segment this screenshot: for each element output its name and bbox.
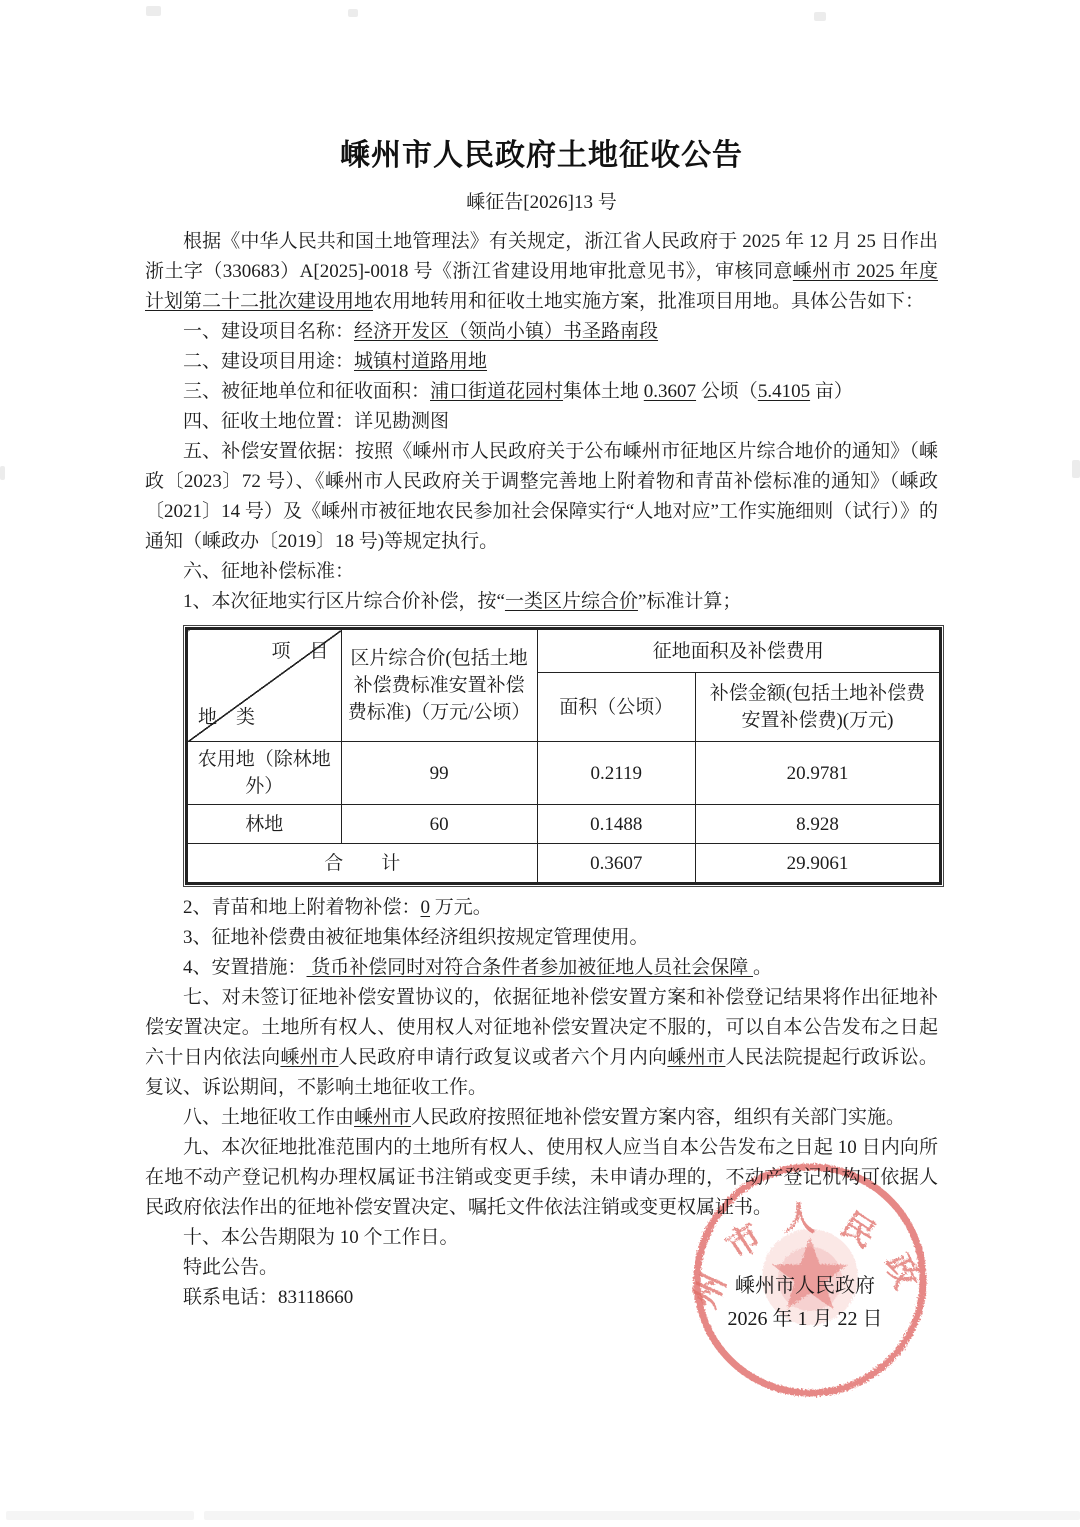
text-run: 五、补偿安置依据：按照《嵊州市人民政府关于公布嵊州市征地区片综合地价的通知》（嵊… — [145, 441, 938, 552]
text-run: 人民政府申请行政复议或者六个月内向 — [338, 1047, 667, 1068]
col-header-amount: 补偿金额(包括土地补偿费安置补偿费)(万元) — [695, 673, 940, 742]
cell-price: 99 — [341, 742, 537, 805]
total-area: 0.3607 — [537, 844, 695, 884]
text-run: 集体土地 — [563, 381, 644, 402]
paragraph: 2、青苗和地上附着物补偿：0 万元。 — [145, 893, 938, 923]
cell-area: 0.2119 — [537, 742, 695, 805]
scan-artifact — [348, 9, 358, 17]
underlined-text: 货币补偿同时对符合条件者参加被征地人员社会保障 — [307, 957, 754, 978]
text-run: 万元。 — [430, 897, 492, 918]
scan-artifact — [0, 466, 5, 480]
cell-area: 0.1488 — [537, 805, 695, 844]
table-row-farmland: 农用地（除林地外） 99 0.2119 20.9781 — [187, 742, 941, 805]
underlined-text: 0 — [421, 897, 431, 918]
underlined-text: 嵊州市 — [280, 1047, 338, 1068]
signature-date: 2026 年 1 月 22 日 — [655, 1303, 955, 1336]
text-run: 二、建设项目用途： — [183, 351, 354, 372]
underlined-text: 5.4105 — [758, 381, 810, 402]
underlined-text: 城镇村道路用地 — [354, 351, 487, 372]
col-header-price: 区片综合价(包括土地补偿费标准安置补偿费标准)（万元/公顷） — [341, 629, 537, 742]
text-run: 。 — [753, 957, 772, 978]
text-run: ”标准计算； — [638, 591, 741, 612]
text-run: 八、土地征收工作由 — [183, 1107, 354, 1128]
text-run: 农用地转用和征收土地实施方案，批准项目用地。具体公告如下： — [373, 291, 924, 312]
text-run: 六、征地补偿标准： — [183, 561, 354, 582]
underlined-text: 嵊州市 — [354, 1107, 411, 1128]
body-text-upper: 根据《中华人民共和国土地管理法》有关规定，浙江省人民政府于 2025 年 12 … — [145, 227, 938, 617]
cell-price: 60 — [341, 805, 537, 844]
text-run: 2、青苗和地上附着物补偿： — [183, 897, 421, 918]
cell-landtype: 农用地（除林地外） — [187, 742, 342, 805]
scan-artifact — [1072, 460, 1080, 478]
table-header-row-1: 项 目 地 类 区片综合价(包括土地补偿费标准安置补偿费标准)（万元/公顷） 征… — [187, 629, 941, 673]
paragraph: 3、征地补偿费由被征地集体经济组织按规定管理使用。 — [145, 923, 938, 953]
paragraph: 一、建设项目名称：经济开发区（领尚小镇）书圣路南段 — [145, 317, 938, 347]
text-run: 1、本次征地实行区片综合价补偿，按“ — [183, 591, 505, 612]
paragraph: 根据《中华人民共和国土地管理法》有关规定，浙江省人民政府于 2025 年 12 … — [145, 227, 938, 317]
document-number: 嵊征告[2026]13 号 — [145, 187, 938, 214]
text-run: 四、征收土地位置：详见勘测图 — [183, 411, 449, 432]
text-run: 三、被征地单位和征收面积： — [183, 381, 430, 402]
scan-artifact — [6, 1511, 194, 1520]
text-run: 特此公告。 — [183, 1257, 278, 1278]
paragraph: 4、安置措施： 货币补偿同时对符合条件者参加被征地人员社会保障 。 — [145, 953, 938, 983]
scan-artifact — [146, 6, 161, 16]
corner-label-project: 项 目 — [272, 638, 329, 665]
total-label: 合 计 — [187, 844, 538, 884]
text-run: 人民政府按照征地补偿安置方案内容，组织有关部门实施。 — [411, 1107, 905, 1128]
underlined-text: 嵊州市 — [667, 1047, 725, 1068]
signature-block: 嵊州市人民政府 2026 年 1 月 22 日 — [655, 1270, 955, 1336]
scan-artifact — [204, 1511, 1080, 1520]
text-run: 联系电话：83118660 — [183, 1287, 353, 1308]
document-title: 嵊州市人民政府土地征收公告 — [145, 130, 938, 174]
paragraph: 二、建设项目用途：城镇村道路用地 — [145, 347, 938, 377]
paragraph: 1、本次征地实行区片综合价补偿，按“一类区片综合价”标准计算； — [145, 587, 938, 617]
text-run: 3、征地补偿费由被征地集体经济组织按规定管理使用。 — [183, 927, 649, 948]
corner-header-cell: 项 目 地 类 — [187, 629, 342, 742]
paragraph: 三、被征地单位和征收面积：浦口街道花园村集体土地 0.3607 公顷（5.410… — [145, 377, 938, 407]
signature-name: 嵊州市人民政府 — [655, 1270, 955, 1303]
col-group-header: 征地面积及补偿费用 — [537, 629, 940, 673]
paragraph: 四、征收土地位置：详见勘测图 — [145, 407, 938, 437]
scan-artifact — [814, 12, 826, 21]
text-run: 十、本公告期限为 10 个工作日。 — [183, 1227, 459, 1248]
paragraph: 六、征地补偿标准： — [145, 557, 938, 587]
underlined-text: 浦口街道花园村 — [430, 381, 563, 402]
paragraph: 八、土地征收工作由嵊州市人民政府按照征地补偿安置方案内容，组织有关部门实施。 — [145, 1103, 938, 1133]
underlined-text: 一类区片综合价 — [505, 591, 638, 612]
document-page: 嵊州市人民政府土地征收公告 嵊征告[2026]13 号 根据《中华人民共和国土地… — [0, 0, 1080, 1527]
text-run: 公顷（ — [696, 381, 758, 402]
total-amount: 29.9061 — [695, 844, 940, 884]
table-total-row: 合 计 0.3607 29.9061 — [187, 844, 941, 884]
table-row-forest: 林地 60 0.1488 8.928 — [187, 805, 941, 844]
underlined-text: 经济开发区（领尚小镇）书圣路南段 — [354, 321, 658, 342]
text-run: 亩） — [810, 381, 853, 402]
text-run: 一、建设项目名称： — [183, 321, 354, 342]
underlined-text: 0.3607 — [644, 381, 696, 402]
corner-label-landtype: 地 类 — [198, 704, 255, 731]
cell-amount: 8.928 — [695, 805, 940, 844]
col-header-area: 面积（公顷） — [537, 673, 695, 742]
compensation-table: 项 目 地 类 区片综合价(包括土地补偿费标准安置补偿费标准)（万元/公顷） 征… — [185, 627, 942, 885]
cell-amount: 20.9781 — [695, 742, 940, 805]
cell-landtype: 林地 — [187, 805, 342, 844]
paragraph: 五、补偿安置依据：按照《嵊州市人民政府关于公布嵊州市征地区片综合地价的通知》（嵊… — [145, 437, 938, 557]
paragraph: 七、对未签订征地补偿安置协议的，依据征地补偿安置方案和补偿登记结果将作出征地补偿… — [145, 983, 938, 1103]
text-run: 4、安置措施： — [183, 957, 307, 978]
